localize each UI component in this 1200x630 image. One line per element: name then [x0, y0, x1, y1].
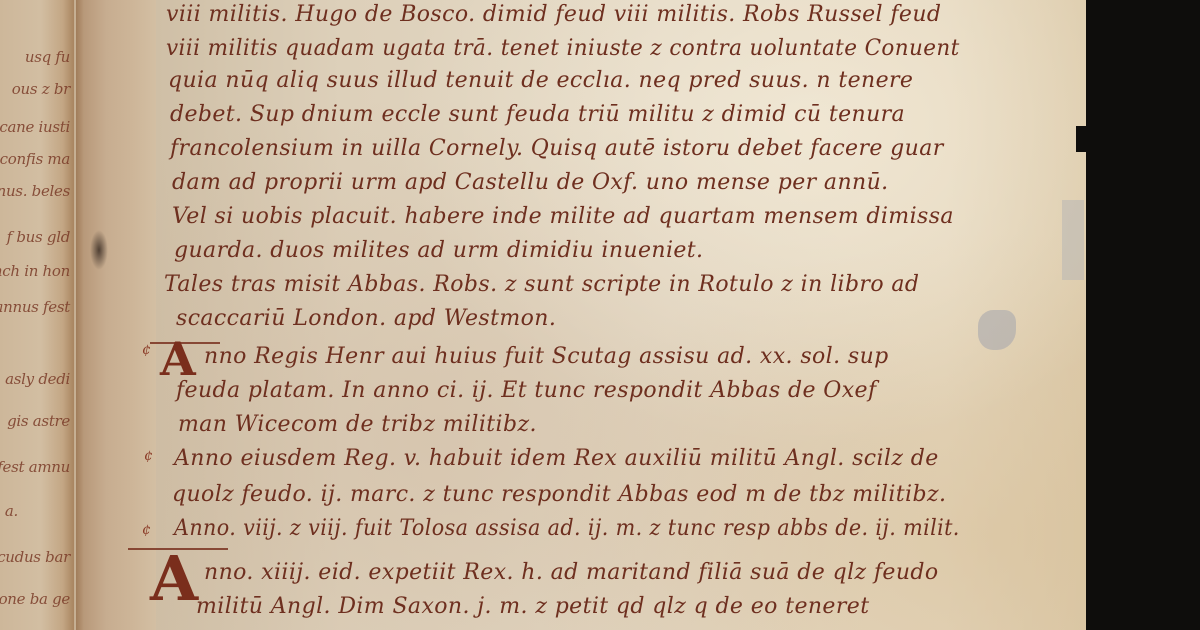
text-line: Anno. viij. z viij. fuit Tolosa assisa a… — [174, 516, 960, 541]
text-line: nno Regis Henr aui huius fuit Scutag ass… — [204, 344, 889, 369]
text-line: scaccariū London. apd Westmon. — [176, 306, 556, 331]
text-line: viii militis quadam ugata trā. tenet in… — [166, 36, 960, 61]
text-line: Tales tras misit Abbas. Robs. z sunt scr… — [164, 272, 919, 297]
text-line: militū Angl. Dim Saxon. j. m. z petit q… — [196, 594, 869, 619]
text-line: man Wicecom de tribz militibz. — [178, 412, 537, 437]
text-line: guarda. duos milites ad urm dimidiu inue… — [174, 238, 703, 263]
manuscript-text: viii militis. Hugo de Bosco. dimid feud … — [0, 0, 1200, 630]
text-line: viii militis. Hugo de Bosco. dimid feud … — [166, 2, 941, 27]
text-line: dam ad proprii urm apd Castellu de Oxf. … — [172, 170, 889, 195]
text-line: quolz feudo. ij. marc. z tunc respondit … — [172, 482, 946, 507]
text-line: debet. Sup dnium eccle sunt feuda triū … — [170, 102, 905, 127]
text-line: feuda platam. In anno ci. ij. Et tunc re… — [176, 378, 877, 403]
text-line: quia nūq aliq suus illud tenuit de eccl… — [168, 68, 913, 93]
paragraph-marker: ¢ — [142, 342, 151, 358]
text-line: Vel si uobis placuit. habere inde milite… — [172, 204, 954, 229]
paragraph-marker: ¢ — [142, 522, 151, 538]
decorated-initial: A — [150, 548, 198, 610]
manuscript-photo: usq fu ous z br cane iusti confis ma ann… — [0, 0, 1200, 630]
decorated-initial: A — [160, 336, 196, 382]
text-line: francolensium in uilla Cornely. Quisq au… — [170, 136, 944, 161]
text-line: nno. xiiij. eid. expetiit Rex. h. ad mar… — [204, 560, 939, 585]
text-line: Anno eiusdem Reg. v. habuit idem Rex aux… — [174, 446, 939, 471]
paragraph-marker: ¢ — [144, 448, 153, 464]
